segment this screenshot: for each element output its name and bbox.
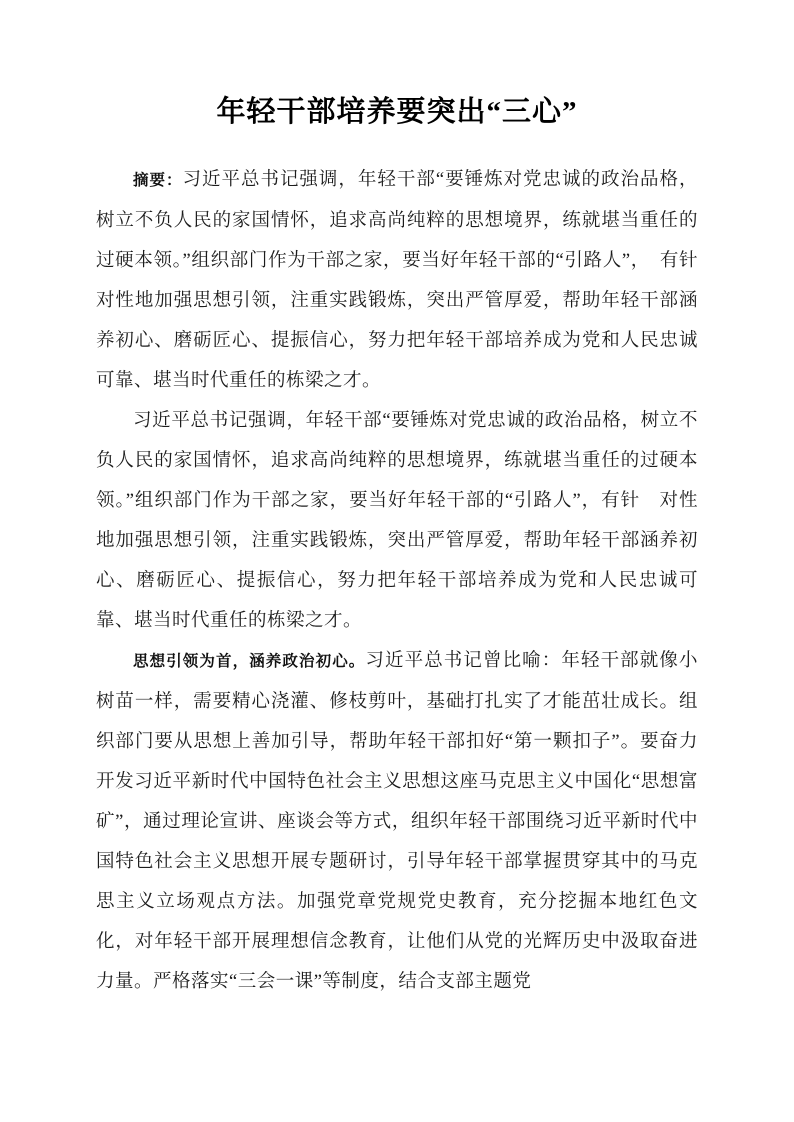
abstract-text: 习近平总书记强调，年轻干部“要锤炼对党忠诚的政治品格，树立不负人民的家国情怀，追… (96, 170, 698, 391)
abstract-paragraph: 摘要：习近平总书记强调，年轻干部“要锤炼对党忠诚的政治品格，树立不负人民的家国情… (96, 160, 698, 401)
body-paragraph-2: 思想引领为首，涵养政治初心。习近平总书记曾比喻：年轻干部就像小树苗一样，需要精心… (96, 641, 698, 1002)
body-paragraph-1: 习近平总书记强调，年轻干部“要锤炼对党忠诚的政治品格，树立不负人民的家国情怀，追… (96, 401, 698, 641)
abstract-label: 摘要： (133, 172, 182, 189)
document-page: 年轻干部培养要突出“三心” 摘要：习近平总书记强调，年轻干部“要锤炼对党忠诚的政… (0, 0, 794, 1122)
body-paragraph-1-text: 习近平总书记强调，年轻干部“要锤炼对党忠诚的政治品格，树立不负人民的家国情怀，追… (96, 411, 698, 631)
page-title: 年轻干部培养要突出“三心” (96, 90, 698, 134)
body-paragraph-2-text: 习近平总书记曾比喻：年轻干部就像小树苗一样，需要精心浇灌、修枝剪叶，基础打扎实了… (96, 651, 698, 992)
section-lead-heading: 思想引领为首，涵养政治初心。 (133, 653, 365, 670)
